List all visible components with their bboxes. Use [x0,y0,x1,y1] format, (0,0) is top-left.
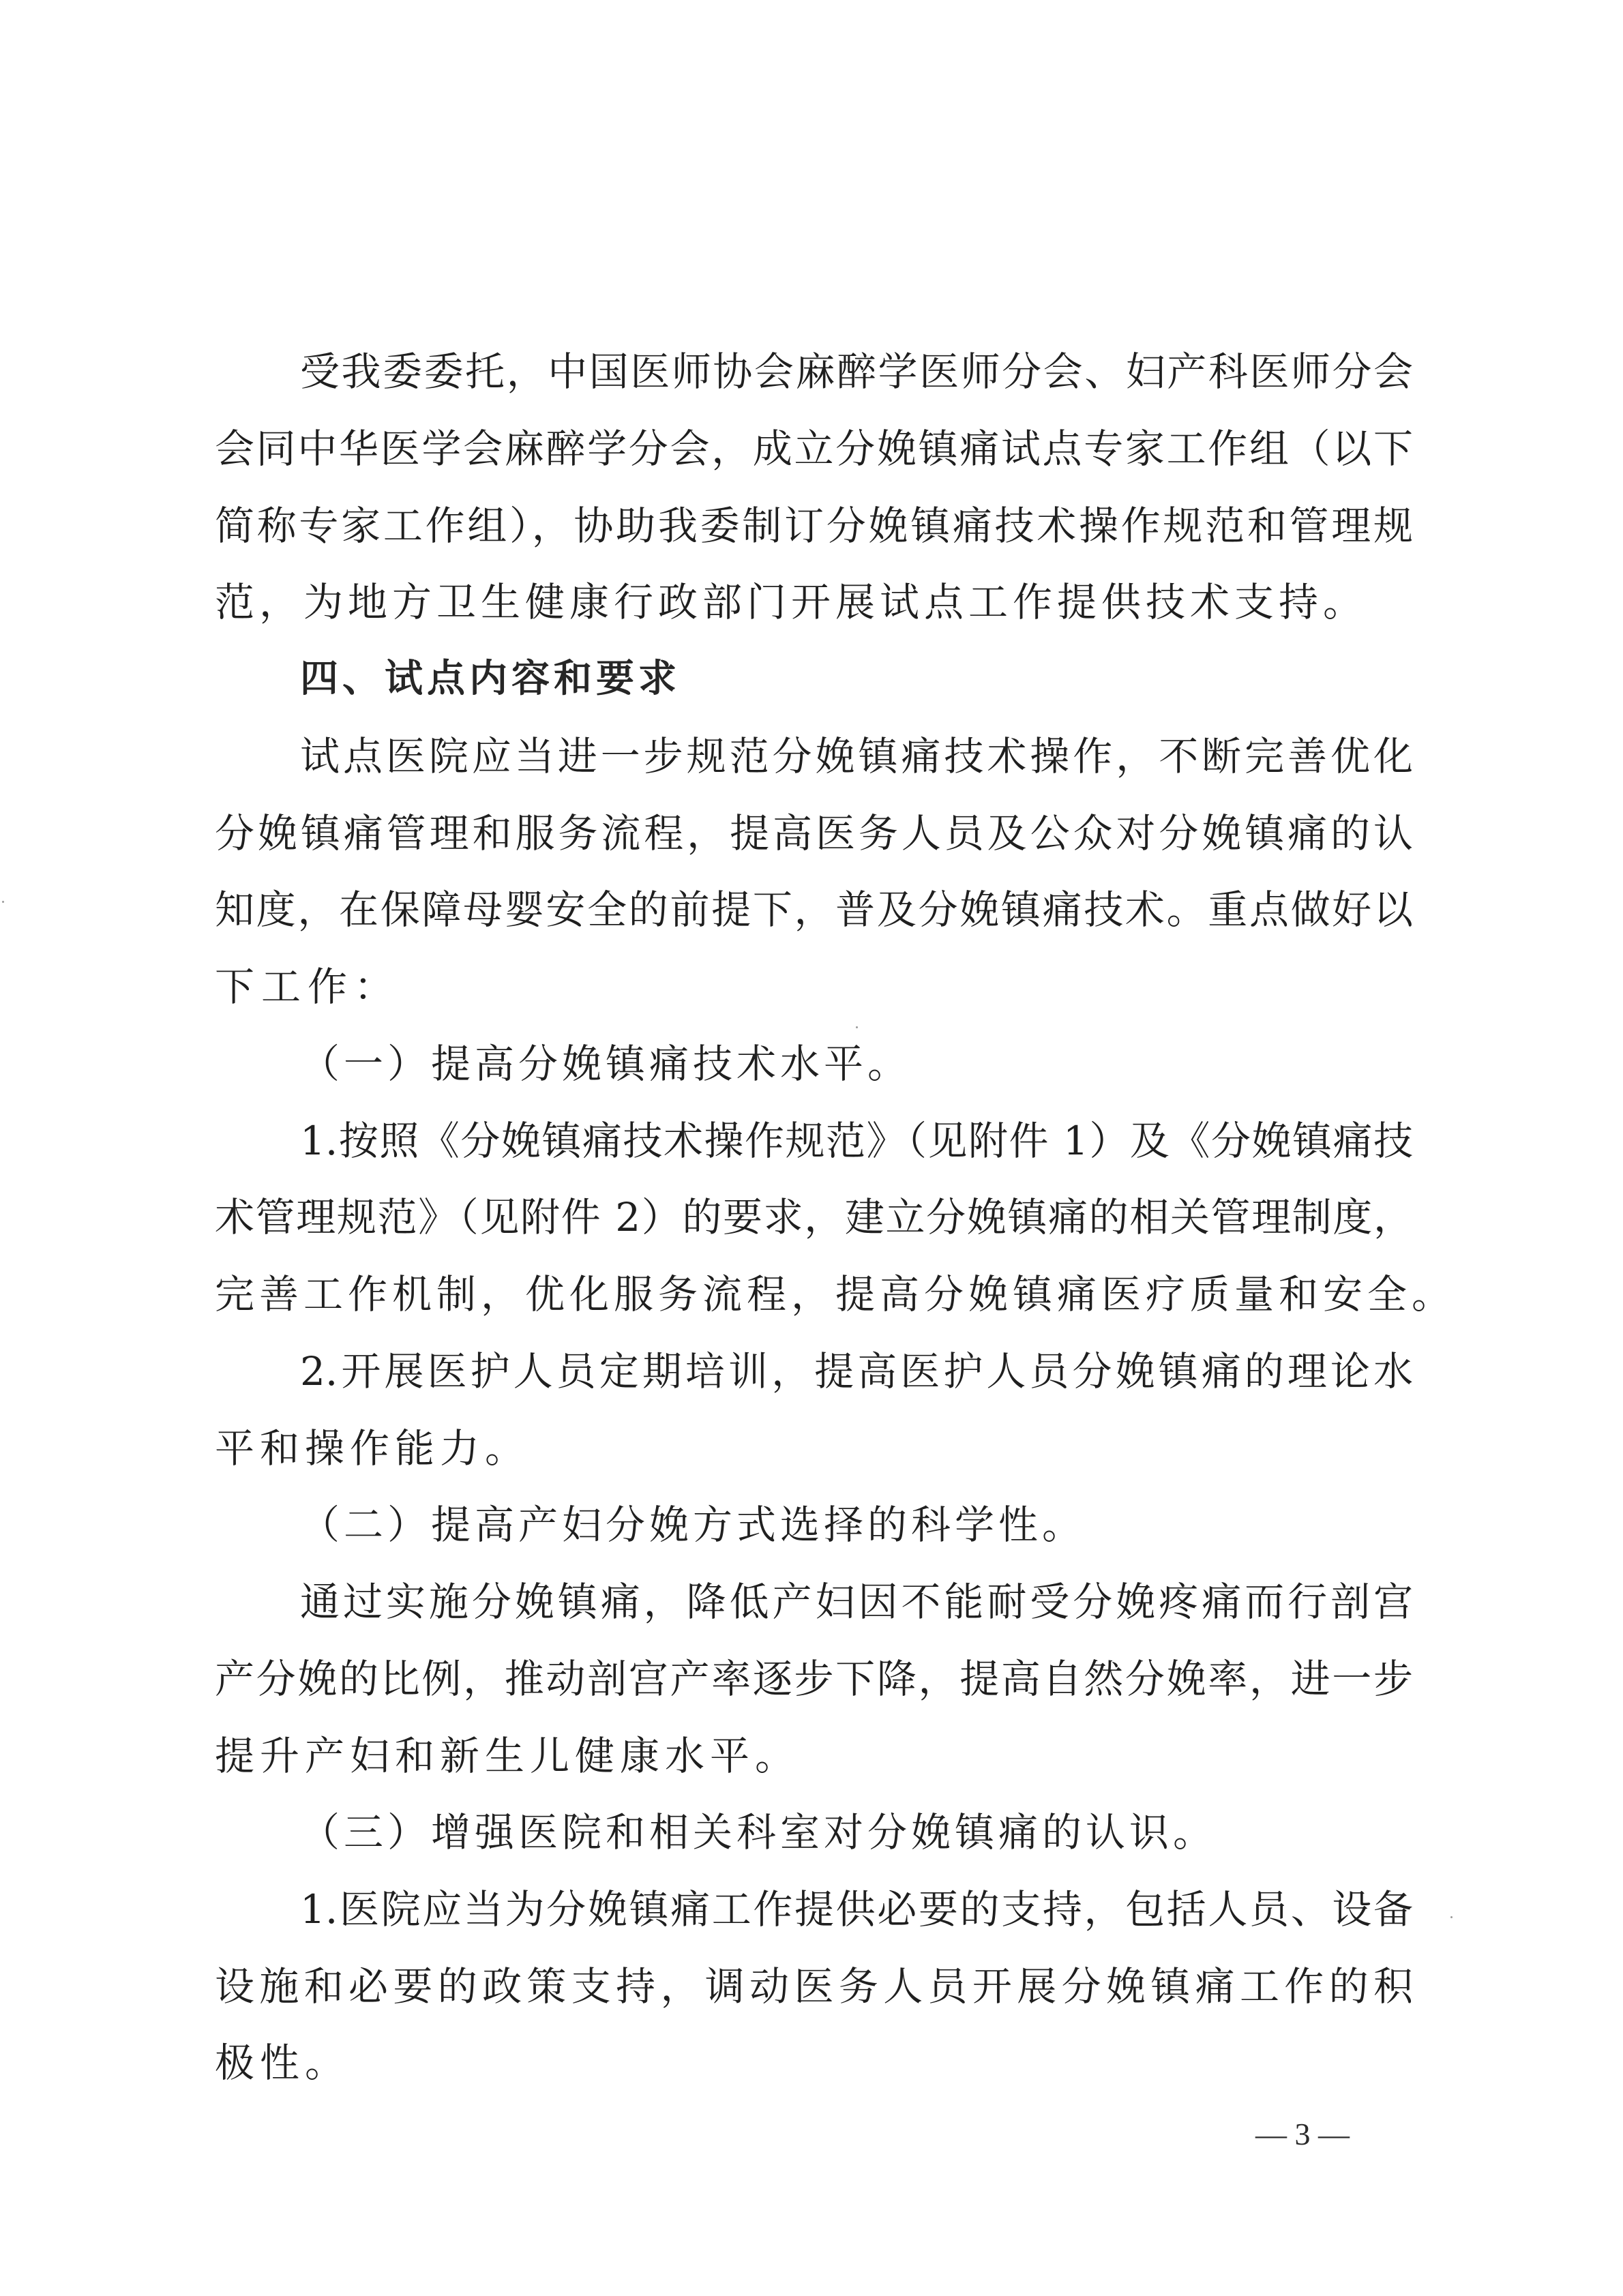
list-item-line: 2.开展医护人员定期培训，提高医护人员分娩镇痛的理论水 [300,1347,1413,1395]
scan-speck [856,1026,858,1028]
scan-speck [1450,1916,1453,1918]
list-item-line: 完善工作机制，优化服务流程，提高分娩镇痛医疗质量和安全。 [215,1270,1413,1318]
paragraph-line: 提升产妇和新生儿健康水平。 [215,1732,1413,1780]
list-item-line: 极性。 [215,2039,1413,2087]
paragraph-line: 简称专家工作组），协助我委制订分娩镇痛技术操作规范和管理规 [215,502,1413,550]
subsection-heading: （三）增强医院和相关科室对分娩镇痛的认识。 [300,1808,1413,1856]
paragraph-line: 知度，在保障母婴安全的前提下，普及分娩镇痛技术。重点做好以 [215,886,1413,934]
subsection-heading: （一）提高分娩镇痛技术水平。 [300,1040,1413,1088]
section-heading: 四、试点内容和要求 [300,655,1413,703]
document-page: 受我委委托，中国医师协会麻醉学医师分会、妇产科医师分会 会同中华医学会麻醉学分会… [0,0,1623,2296]
page-number: — 3 — [1221,2114,1384,2155]
list-item-line: 平和操作能力。 [215,1425,1413,1472]
list-item-line: 1.医院应当为分娩镇痛工作提供必要的支持，包括人员、设备 [300,1885,1413,1933]
paragraph-line: 产分娩的比例，推动剖宫产率逐步下降，提高自然分娩率，进一步 [215,1655,1413,1703]
paragraph-line: 会同中华医学会麻醉学分会，成立分娩镇痛试点专家工作组（以下 [215,425,1413,473]
paragraph-line: 分娩镇痛管理和服务流程，提高医务人员及公众对分娩镇痛的认 [215,809,1413,857]
paragraph-line: 范，为地方卫生健康行政部门开展试点工作提供技术支持。 [215,578,1413,626]
paragraph-line: 下工作： [215,963,1413,1011]
paragraph-line: 通过实施分娩镇痛，降低产妇因不能耐受分娩疼痛而行剖宫 [300,1578,1413,1626]
paragraph-line: 试点医院应当进一步规范分娩镇痛技术操作，不断完善优化 [300,732,1413,780]
subsection-heading: （二）提高产妇分娩方式选择的科学性。 [300,1501,1413,1549]
list-item-line: 1.按照《分娩镇痛技术操作规范》（见附件 1）及《分娩镇痛技 [300,1117,1413,1165]
list-item-line: 术管理规范》（见附件 2）的要求，建立分娩镇痛的相关管理制度， [215,1193,1413,1241]
scan-speck [2,901,4,903]
paragraph-line: 受我委委托，中国医师协会麻醉学医师分会、妇产科医师分会 [300,348,1413,396]
list-item-line: 设施和必要的政策支持，调动医务人员开展分娩镇痛工作的积 [215,1963,1413,2010]
